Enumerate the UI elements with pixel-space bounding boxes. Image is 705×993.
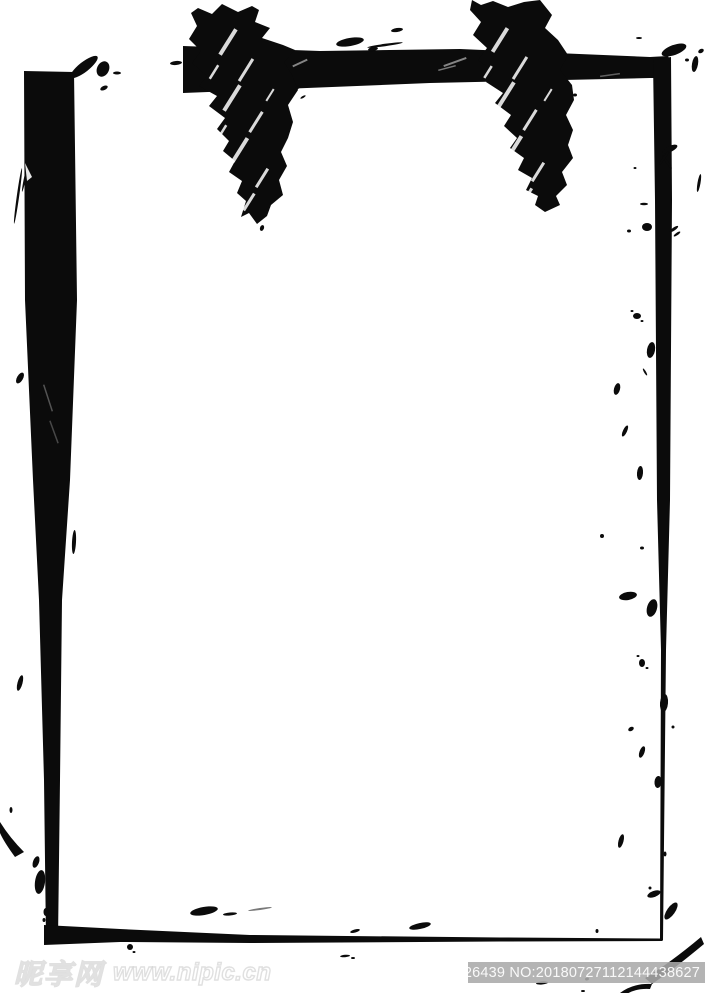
frame-right-bar	[653, 57, 672, 940]
watermark-id-text: ID:27426439 NO:20180727112144438627	[420, 965, 700, 981]
grunge-frame-image: ID:27426439 NO:20180727112144438627 昵享网 …	[0, 0, 705, 993]
tape-stroke-right	[470, 0, 574, 212]
grunge-frame-art	[0, 0, 705, 993]
watermark-site: 昵享网 www.nipic.cn	[14, 956, 271, 990]
frame-bottom-bar	[44, 925, 663, 945]
watermark-site-name: 昵享网	[14, 953, 104, 993]
frame-left-bar	[24, 71, 77, 940]
watermark-id-bar: ID:27426439 NO:20180727112144438627	[468, 962, 705, 983]
ink-splatters	[0, 27, 705, 993]
tape-stroke-left	[189, 4, 298, 224]
watermark-site-url: www.nipic.cn	[113, 959, 271, 987]
